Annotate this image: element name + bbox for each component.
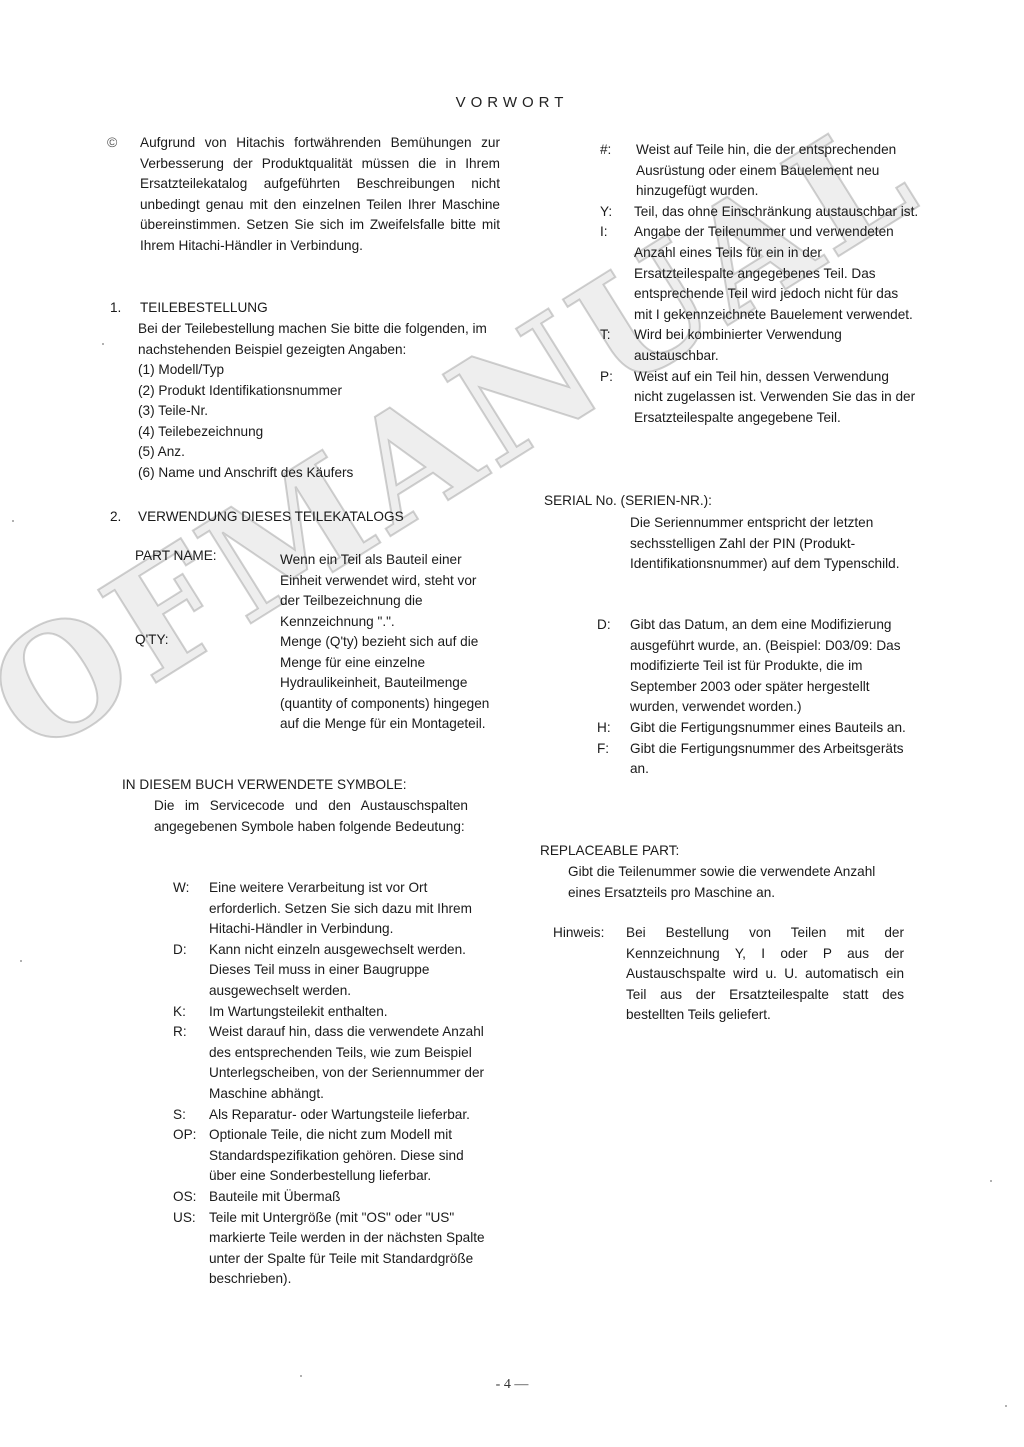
symbol-description: Teile mit Untergröße (mit "OS" oder "US"…	[209, 1208, 493, 1290]
scan-speck	[102, 343, 104, 345]
symbol-description: Kann nicht einzeln ausgewechselt werden.…	[209, 940, 493, 1002]
serial-description: Die Seriennummer entspricht der letzten …	[630, 513, 900, 575]
symbol-code: P:	[600, 367, 634, 429]
symbol-code: R:	[173, 1022, 209, 1104]
part-name-definition: Wenn ein Teil als Bauteil einer Einheit …	[280, 550, 490, 632]
symbol-description: Optionale Teile, die nicht zum Modell mi…	[209, 1125, 493, 1187]
symbol-description: Weist auf ein Teil hin, dessen Verwendun…	[634, 367, 920, 429]
symbols-list-right: #:Weist auf Teile hin, die der entsprech…	[600, 140, 920, 428]
order-item: (1) Modell/Typ	[138, 360, 353, 381]
symbol-item-r: R:Weist darauf hin, dass die verwendete …	[173, 1022, 493, 1104]
scan-speck	[20, 960, 22, 962]
serial-item-d: D:Gibt das Datum, an dem eine Modifizier…	[597, 615, 917, 718]
symbol-description: Im Wartungsteilekit enthalten.	[209, 1002, 493, 1023]
symbol-item-os: OS:Bauteile mit Übermaß	[173, 1187, 493, 1208]
page-number: - 4 —	[0, 1377, 1024, 1393]
symbol-code: D:	[597, 615, 630, 718]
qty-term: Q'TY:	[135, 630, 169, 651]
symbol-code: H:	[597, 718, 630, 739]
intro-paragraph: Aufgrund von Hitachis fortwährenden Bemü…	[140, 133, 500, 257]
symbol-description: Als Reparatur- oder Wartungsteile liefer…	[209, 1105, 493, 1126]
section-1-intro: Bei der Teilebestellung machen Sie bitte…	[138, 319, 508, 360]
symbol-code: S:	[173, 1105, 209, 1126]
symbol-description: Weist auf Teile hin, die der entsprechen…	[636, 140, 920, 202]
symbol-code: K:	[173, 1002, 209, 1023]
section-2-heading: VERWENDUNG DIESES TEILEKATALOGS	[138, 507, 404, 528]
symbols-heading: IN DIESEM BUCH VERWENDETE SYMBOLE:	[122, 775, 407, 796]
order-item: (6) Name und Anschrift des Käufers	[138, 463, 353, 484]
symbol-item-op: OP:Optionale Teile, die nicht zum Modell…	[173, 1125, 493, 1187]
scan-speck	[300, 1375, 302, 1377]
symbol-description: Gibt das Datum, an dem eine Modifizierun…	[630, 615, 917, 718]
symbol-code: T:	[600, 325, 634, 366]
scan-speck	[12, 520, 14, 522]
symbol-code: Y:	[600, 202, 634, 223]
part-name-term: PART NAME:	[135, 546, 217, 567]
serial-item-f: F:Gibt die Fertigungsnummer des Arbeitsg…	[597, 739, 917, 780]
symbol-code: OS:	[173, 1187, 209, 1208]
symbols-intro: Die im Servicecode und den Austauschspal…	[154, 796, 468, 837]
symbol-code: W:	[173, 878, 209, 940]
symbol-code: OP:	[173, 1125, 209, 1187]
section-1-heading: TEILEBESTELLUNG	[140, 298, 268, 319]
note-text: Bei Bestellung von Teilen mit der Kennze…	[626, 923, 904, 1026]
symbol-item-w: W:Eine weitere Verarbeitung ist vor Ort …	[173, 878, 493, 940]
symbol-description: Gibt die Fertigungsnummer eines Bauteils…	[630, 718, 917, 739]
order-item: (4) Teilebezeichnung	[138, 422, 353, 443]
qty-definition: Menge (Q'ty) bezieht sich auf die Menge …	[280, 632, 490, 735]
page-title: VORWORT	[0, 94, 1024, 111]
symbol-code: I:	[600, 222, 634, 325]
symbol-description: Bauteile mit Übermaß	[209, 1187, 493, 1208]
section-1-number: 1.	[110, 298, 121, 319]
symbol-item-p: P:Weist auf ein Teil hin, dessen Verwend…	[600, 367, 920, 429]
order-item: (2) Produkt Identifikationsnummer	[138, 381, 353, 402]
replaceable-heading: REPLACEABLE PART:	[540, 841, 679, 862]
symbols-list-left: W:Eine weitere Verarbeitung ist vor Ort …	[173, 878, 493, 1290]
serial-codes-list: D:Gibt das Datum, an dem eine Modifizier…	[597, 615, 917, 780]
symbol-description: Angabe der Teilenummer und verwendeten A…	[634, 222, 920, 325]
symbol-item-hash: #:Weist auf Teile hin, die der entsprech…	[600, 140, 920, 202]
symbol-item-y: Y:Teil, das ohne Einschränkung austausch…	[600, 202, 920, 223]
copyright-icon: ©	[107, 134, 117, 150]
symbol-item-t: T:Wird bei kombinierter Verwendung austa…	[600, 325, 920, 366]
symbol-item-s: S:Als Reparatur- oder Wartungsteile lief…	[173, 1105, 493, 1126]
note-label: Hinweis:	[553, 923, 604, 944]
section-2-number: 2.	[110, 507, 121, 528]
order-item: (5) Anz.	[138, 442, 353, 463]
symbol-item-d: D:Kann nicht einzeln ausgewechselt werde…	[173, 940, 493, 1002]
symbol-item-k: K:Im Wartungsteilekit enthalten.	[173, 1002, 493, 1023]
document-page: OFMANUAL VORWORT © Aufgrund von Hitachis…	[0, 0, 1024, 1447]
symbol-item-i: I:Angabe der Teilenummer und verwendeten…	[600, 222, 920, 325]
symbol-description: Teil, das ohne Einschränkung austauschba…	[634, 202, 920, 223]
symbol-description: Weist darauf hin, dass die verwendete An…	[209, 1022, 493, 1104]
order-info-list: (1) Modell/Typ (2) Produkt Identifikatio…	[138, 360, 353, 484]
symbol-code: #:	[600, 140, 636, 202]
symbol-item-us: US:Teile mit Untergröße (mit "OS" oder "…	[173, 1208, 493, 1290]
serial-item-h: H:Gibt die Fertigungsnummer eines Bautei…	[597, 718, 917, 739]
symbol-code: D:	[173, 940, 209, 1002]
scan-speck	[990, 1180, 992, 1182]
symbol-code: F:	[597, 739, 630, 780]
symbol-description: Gibt die Fertigungsnummer des Arbeitsger…	[630, 739, 917, 780]
scan-speck	[1005, 1405, 1007, 1407]
symbol-description: Eine weitere Verarbeitung ist vor Ort er…	[209, 878, 493, 940]
serial-heading: SERIAL No. (SERIEN-NR.):	[544, 491, 712, 512]
symbol-code: US:	[173, 1208, 209, 1290]
symbol-description: Wird bei kombinierter Verwendung austaus…	[634, 325, 920, 366]
order-item: (3) Teile-Nr.	[138, 401, 353, 422]
replaceable-description: Gibt die Teilenummer sowie die verwendet…	[568, 862, 908, 903]
